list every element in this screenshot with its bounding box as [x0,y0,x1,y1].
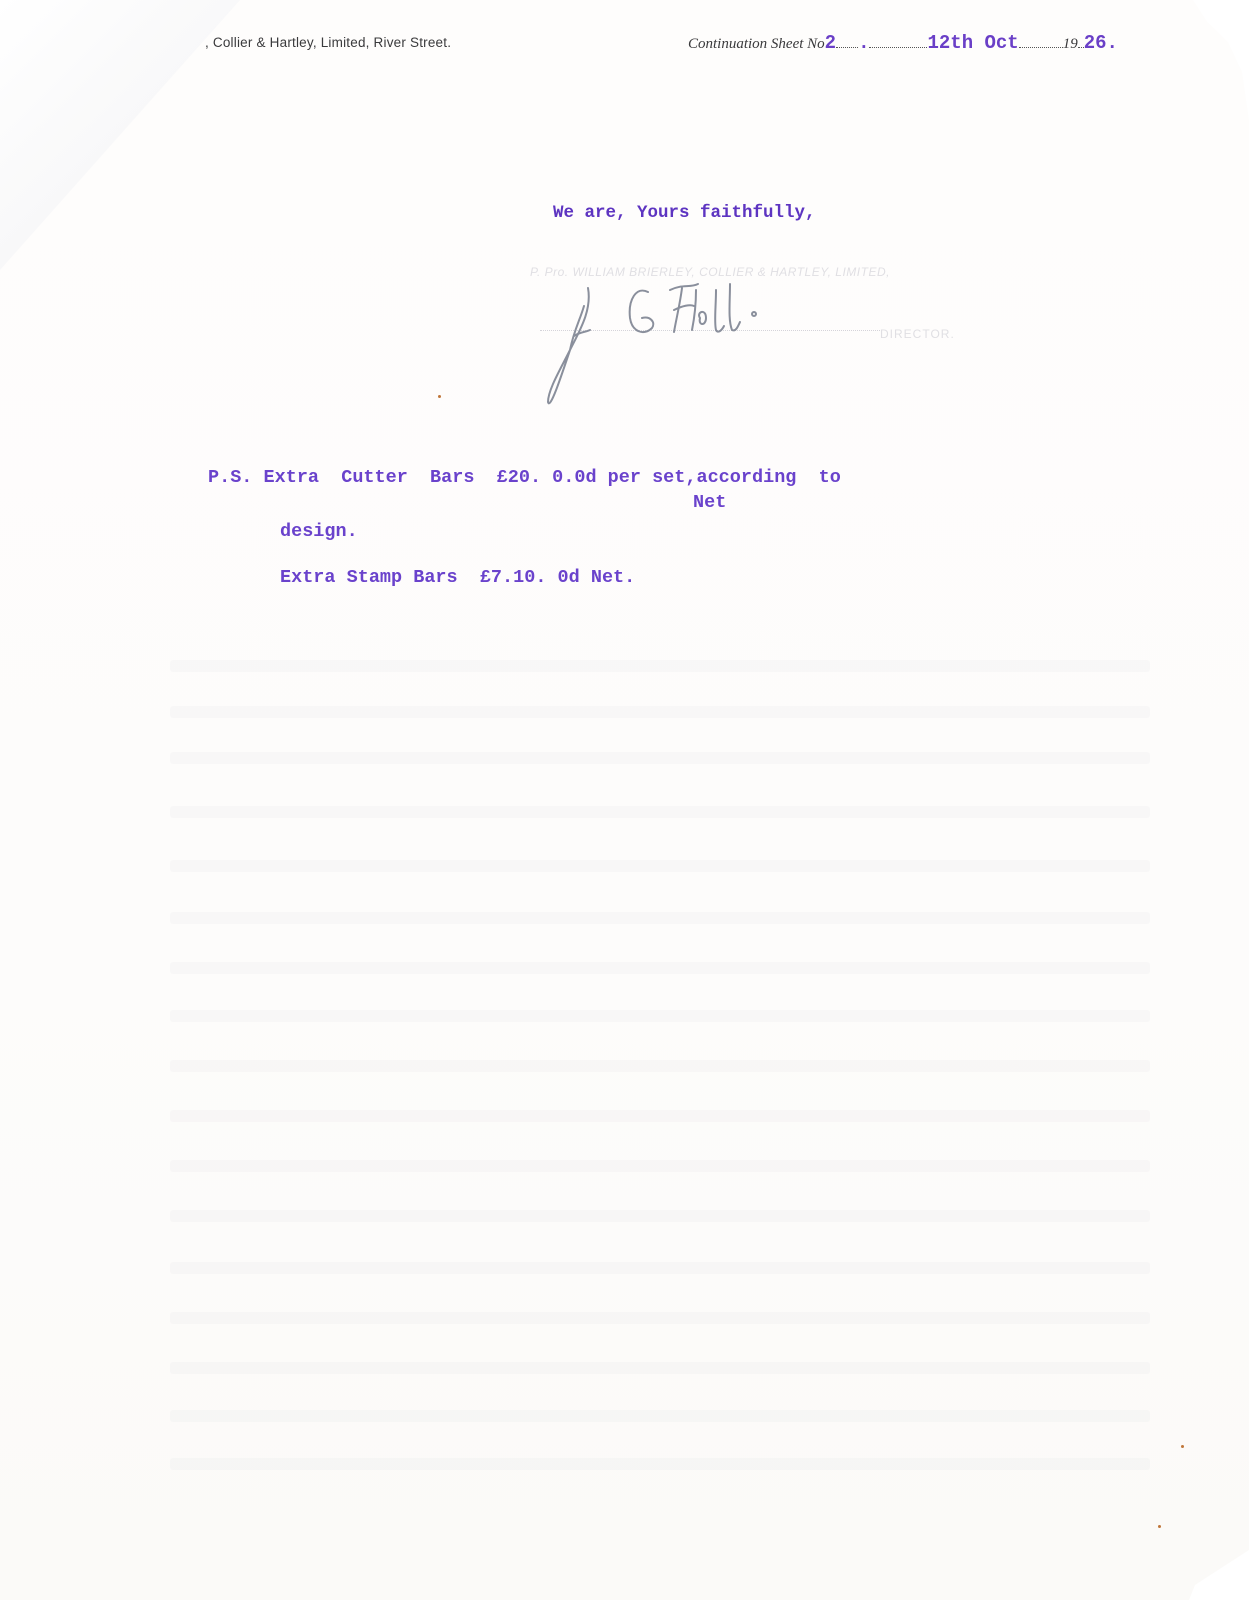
bleed-through [170,1110,1150,1122]
year-prefix: 19 [1063,36,1078,52]
continuation-header: Continuation Sheet No2.12th Oct1926. [688,32,1198,54]
bleed-through [170,706,1150,718]
bleed-through [170,1210,1150,1222]
bleed-through [170,860,1150,872]
postscript-line-1: P.S. Extra Cutter Bars £20. 0.0d per set… [208,467,841,488]
torn-edge [1179,0,1249,120]
postscript-line-2: design. [280,521,358,542]
paper-speck [1158,1525,1161,1528]
bleed-through [170,1410,1150,1422]
folded-corner [0,0,240,270]
bleed-through [170,1362,1150,1374]
bleed-through [170,1160,1150,1172]
closing-salutation: We are, Yours faithfully, [553,203,816,223]
continuation-label: Continuation Sheet No [688,36,825,52]
sheet-number-suffix: . [858,32,869,54]
handwritten-signature [540,270,800,410]
letter-page: , Collier & Hartley, Limited, River Stre… [0,0,1249,1600]
bleed-through [170,806,1150,818]
paper-speck [1181,1445,1184,1448]
bleed-through [170,1458,1150,1470]
director-label: DIRECTOR. [880,327,955,341]
bleed-through [170,660,1150,672]
bleed-through [170,1312,1150,1324]
bleed-through [170,1262,1150,1274]
postscript-net-insert: Net [693,492,726,513]
paper-speck [438,395,441,398]
sheet-number: 2 [825,32,836,54]
date-day-month: 12th Oct [927,32,1018,54]
postscript-line-3: Extra Stamp Bars £7.10. 0d Net. [280,567,635,588]
company-header: , Collier & Hartley, Limited, River Stre… [205,35,451,50]
bleed-through [170,1010,1150,1022]
bleed-through [170,912,1150,924]
bleed-through [170,962,1150,974]
bleed-through [170,1060,1150,1072]
bleed-through [170,752,1150,764]
year-suffix: 26. [1084,32,1118,54]
curled-corner [1189,1550,1249,1600]
